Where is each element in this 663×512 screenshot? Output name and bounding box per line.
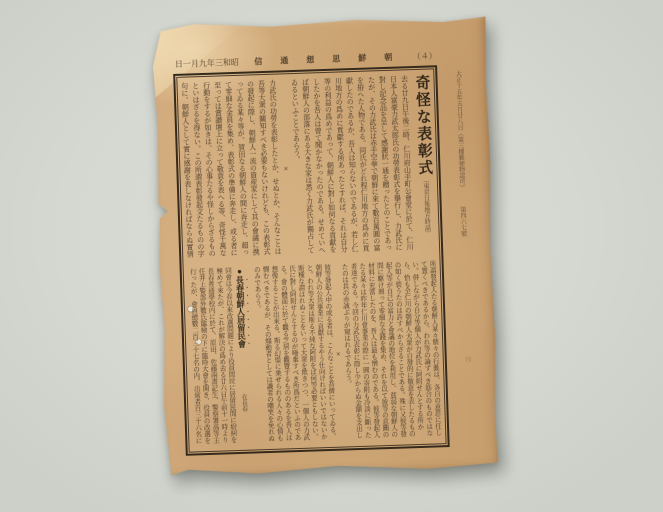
paper-sheet: 日一月九年三和昭 信 通 想 思 鮮 朝 （４） 奇怪な表彰式〔東京日報地方時話…: [152, 14, 502, 481]
article1-body-part3: 所謂發起人たる朝鮮人某々個々の行動は、各自の意思に任して置くべきであるから、われ…: [341, 260, 442, 438]
masthead-publication-title: 信 通 想 思 鮮 朝: [254, 52, 397, 68]
article1-body-part1: 去る廿九日午後二時、仁川府山手町公會堂に於て、仁川日本人富豪力武太郎氏の功勞表彰…: [290, 75, 414, 253]
article1-subtitle: 〔東京日報地方時話〕: [422, 177, 430, 237]
right-margin-notes: 大正十五年五月廿八日（第三種郵便物認可）第四六七號四: [446, 70, 472, 440]
article2-byline: 在長春: [240, 394, 247, 412]
article1-title-block: 奇怪な表彰式〔東京日報地方時話〕: [412, 74, 435, 250]
issue-number-note: 第四六七號: [459, 206, 466, 236]
article1-body-part4: 彼等發起人中の或る者は、こんなことを吾儕にいってゐる。朝鮮人の公共事業に貢獻する…: [253, 264, 336, 442]
lower-text-band: 所謂發起人たる朝鮮人某々個々の行動は、各自の意思に任して置くべきであるから、われ…: [188, 260, 442, 448]
masthead-date: 日一月九年三和昭: [175, 57, 239, 70]
article2-heading-block: ●長春朝鮮人居留民會在長春: [233, 267, 255, 443]
document-paper: 日一月九年三和昭 信 通 想 思 鮮 朝 （４） 奇怪な表彰式〔東京日報地方時話…: [152, 14, 502, 481]
photo-background: 日一月九年三和昭 信 通 想 思 鮮 朝 （４） 奇怪な表彰式〔東京日報地方時話…: [0, 0, 663, 512]
article2-body: 同會は今春以來改選問題により役員間竝に居留民間に紛糾を極めて來たが、これが解決の…: [188, 267, 237, 444]
article2-bullet: ●: [235, 267, 244, 276]
article1-title: 奇怪な表彰式: [413, 74, 432, 176]
page-number: （４）: [413, 50, 437, 62]
postal-permit-note: 大正十五年五月廿八日（第三種郵便物認可）: [454, 70, 464, 190]
upper-text-band: 奇怪な表彰式〔東京日報地方時話〕去る廿九日午後二時、仁川府山手町公會堂に於て、仁…: [181, 74, 435, 260]
article1-body-part2: 力武氏の功勞を表彰したとか、せぬとか、そんなことは吾等大衆の關知すべき必要もない…: [181, 80, 282, 258]
article2-heading: 長春朝鮮人居留民會: [235, 276, 246, 348]
faint-margin-character: 四: [464, 356, 470, 362]
printed-frame: 奇怪な表彰式〔東京日報地方時話〕去る廿九日午後二時、仁川府山手町公會堂に於て、仁…: [173, 65, 450, 456]
